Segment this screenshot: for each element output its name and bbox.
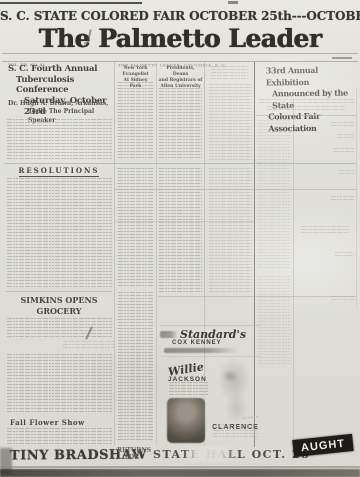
margin-fragment	[300, 226, 350, 234]
body-text	[117, 292, 154, 442]
rule-lead	[256, 115, 356, 116]
footer-returns-for: RETURNS FOR	[117, 448, 147, 461]
heading-resolutions: RESOLUTIONS	[6, 166, 112, 175]
heading-simkins: SIMKINS OPENS GROCERY	[6, 295, 112, 317]
margin-fragment	[330, 196, 354, 200]
caption-fragment	[62, 341, 114, 350]
rule-mid-4	[158, 296, 356, 297]
ad-standard-line2: COX KENNEY	[172, 340, 222, 346]
body-text	[208, 84, 252, 160]
column-rule-1	[114, 62, 115, 445]
scan-bottom-band	[0, 469, 360, 477]
body-text	[6, 428, 112, 446]
masthead-title: The Palmetto Leader	[0, 24, 360, 53]
column-rule-2	[156, 62, 157, 445]
body-text	[6, 178, 112, 288]
body-text	[257, 276, 290, 366]
body-text	[257, 120, 290, 268]
rule-mid-1	[4, 163, 356, 164]
margin-fragment	[336, 134, 354, 138]
margin-fragment	[338, 170, 354, 174]
rule-mid-2	[115, 189, 356, 190]
body-text	[158, 88, 202, 160]
ad-clarence-caption	[212, 424, 258, 438]
rule-simkins-top	[6, 291, 112, 292]
footer-black-box-text: AUGHT	[300, 437, 345, 454]
margin-fragment	[332, 148, 354, 152]
photo-portrait	[167, 398, 205, 443]
margin-fragment	[330, 122, 354, 126]
ad-clarence: CLARENCE ……	[212, 414, 264, 433]
ad-standard-prefix-smudge	[160, 331, 178, 338]
dateline-right-fragment	[332, 57, 352, 59]
fair-banner-headline: S. C. STATE COLORED FAIR OCTOBER 25th---…	[0, 9, 360, 23]
scan-bottom-edge	[0, 466, 360, 468]
ad-clarence-overlap-script: ……	[242, 409, 259, 421]
ad-jackson-caption	[168, 382, 208, 396]
body-text	[117, 168, 154, 286]
body-text	[117, 82, 154, 160]
scan-top-line	[0, 2, 142, 4]
body-text	[6, 318, 112, 338]
rule-mid-3	[115, 221, 255, 222]
lead-deck	[258, 99, 354, 103]
ad-jackson: Willie JACKSON	[168, 358, 214, 383]
lead-deck	[266, 106, 346, 110]
heading-flower-show: Fall Flower Show	[10, 418, 108, 427]
margin-fragment	[334, 252, 354, 256]
headline-faded	[210, 66, 248, 79]
body-text	[208, 168, 252, 294]
rule-below-dateline	[2, 61, 358, 62]
venue-fade-artifact	[183, 446, 235, 462]
scan-top-mark	[228, 1, 238, 4]
newspaper-page: S. C. STATE COLORED FAIR OCTOBER 25th---…	[0, 0, 360, 477]
footer-black-box: AUGHT	[292, 434, 353, 457]
rule-ad-1	[160, 325, 260, 326]
body-text	[6, 354, 112, 412]
column-rule-5	[293, 98, 294, 445]
body-text	[6, 119, 112, 161]
rule-above-dateline	[2, 53, 358, 54]
body-text	[158, 168, 202, 294]
